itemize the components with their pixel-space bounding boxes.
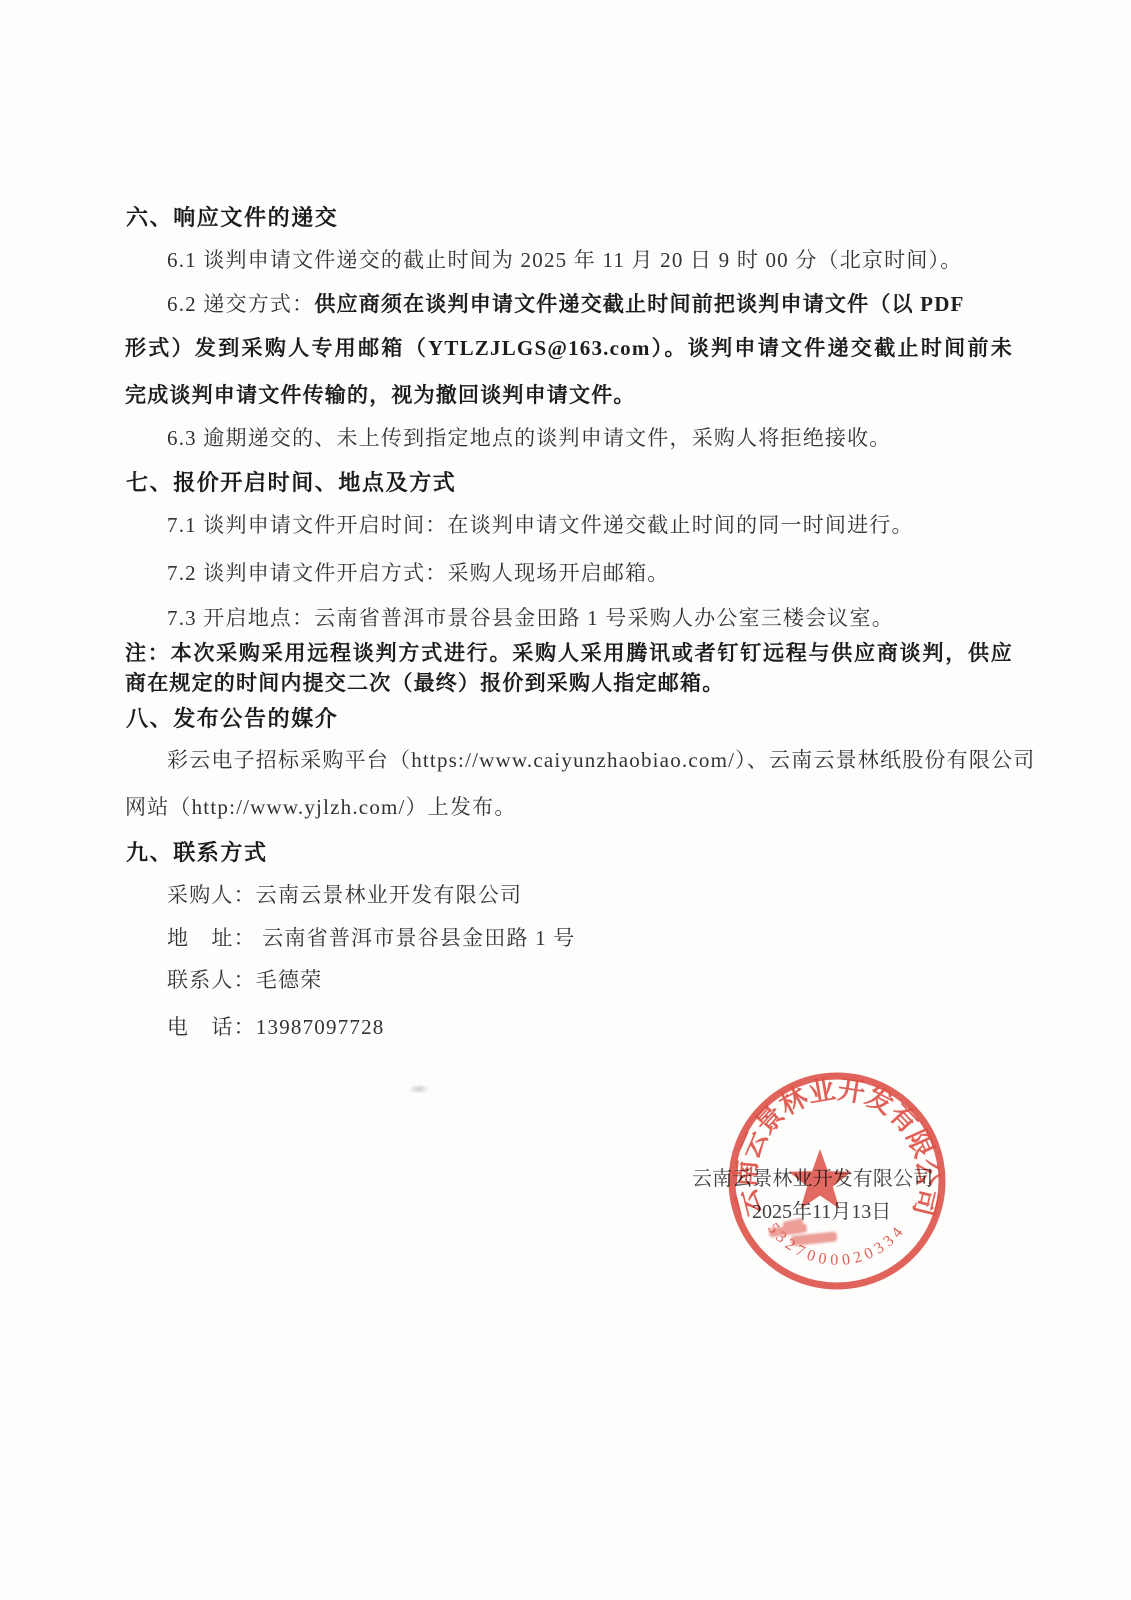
contact-address: 地 址： 云南省普洱市景谷县金田路 1 号	[167, 926, 575, 950]
company-seal-stamp: 云南云景林业开发有限公司 5327000020334	[687, 1041, 987, 1321]
note-line1: 注：本次采购采用远程谈判方式进行。采购人采用腾讯或者钉钉远程与供应商谈判，供应	[125, 641, 1013, 665]
clause-6-2-line2: 形式）发到采购人专用邮箱（YTLZJLGS@163.com）。谈判申请文件递交截…	[125, 336, 1013, 360]
clause-6-3: 6.3 逾期递交的、未上传到指定地点的谈判申请文件，采购人将拒绝接收。	[167, 426, 892, 450]
clause-6-2-bold: 供应商须在谈判申请文件递交截止时间前把谈判申请文件（以 PDF	[314, 292, 964, 316]
section-9-heading: 九、联系方式	[126, 840, 268, 865]
media-para-line1: 彩云电子招标采购平台（https://www.caiyunzhaobiao.co…	[167, 748, 1013, 772]
clause-6-2-line1: 6.2 递交方式：供应商须在谈判申请文件递交截止时间前把谈判申请文件（以 PDF	[167, 292, 965, 316]
contact-buyer: 采购人：云南云景林业开发有限公司	[167, 883, 522, 907]
section-8-heading: 八、发布公告的媒介	[126, 706, 338, 731]
clause-7-1: 7.1 谈判申请文件开启时间：在谈判申请文件递交截止时间的同一时间进行。	[167, 513, 914, 537]
star-icon	[789, 1149, 852, 1209]
note-line2: 商在规定的时间内提交二次（最终）报价到采购人指定邮箱。	[125, 671, 724, 695]
contact-phone: 电 话：13987097728	[167, 1015, 385, 1039]
seal-arc-company-name: 云南云景林业开发有限公司	[730, 1074, 944, 1220]
section-7-heading: 七、报价开启时间、地点及方式	[126, 470, 456, 495]
clause-6-2-prefix: 6.2 递交方式：	[167, 292, 314, 316]
clause-7-2: 7.2 谈判申请文件开启方式：采购人现场开启邮箱。	[167, 561, 670, 585]
clause-6-1: 6.1 谈判申请文件递交的截止时间为 2025 年 11 月 20 日 9 时 …	[167, 248, 962, 272]
document-page: 六、响应文件的递交 6.1 谈判申请文件递交的截止时间为 2025 年 11 月…	[0, 0, 1131, 1600]
contact-person: 联系人：毛德荣	[167, 968, 322, 992]
media-para-line2: 网站（http://www.yjlzh.com/）上发布。	[125, 795, 517, 819]
clause-6-2-line3: 完成谈判申请文件传输的，视为撤回谈判申请文件。	[125, 383, 636, 407]
clause-7-3: 7.3 开启地点：云南省普洱市景谷县金田路 1 号采购人办公室三楼会议室。	[167, 606, 894, 630]
scan-smudge	[408, 1084, 430, 1094]
section-6-heading: 六、响应文件的递交	[126, 205, 338, 230]
